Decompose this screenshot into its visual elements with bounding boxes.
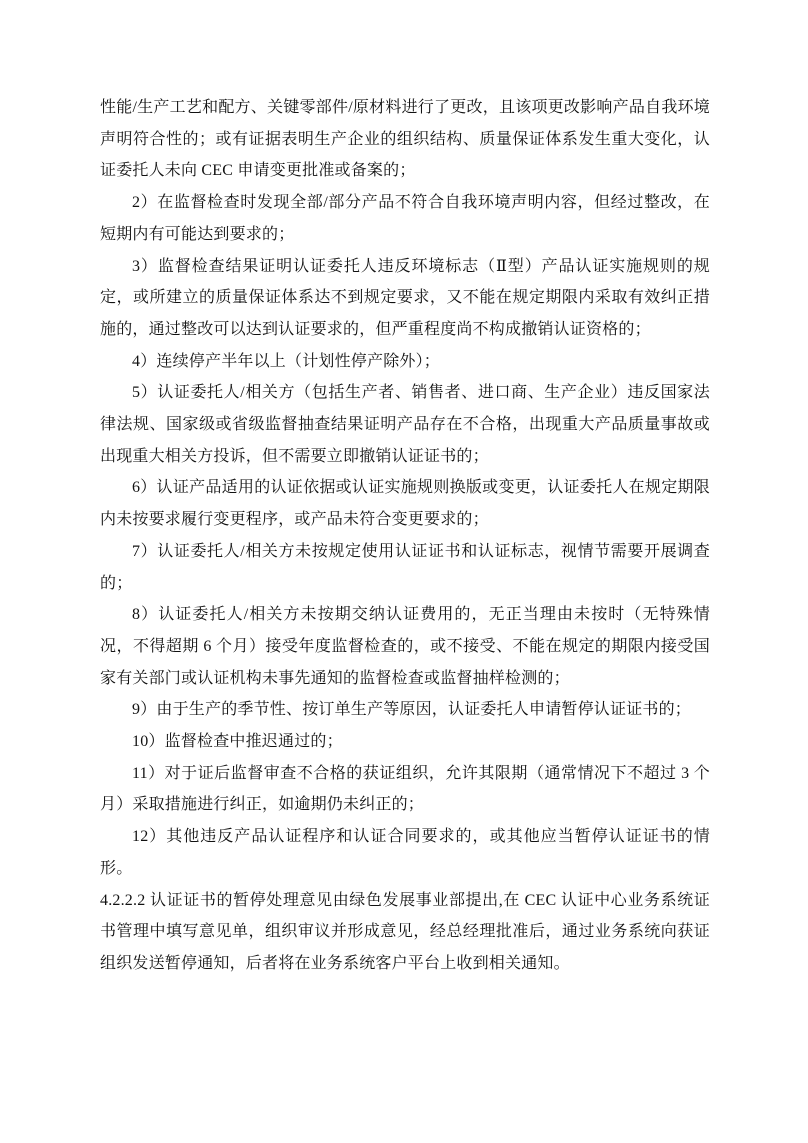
paragraph-item-9: 9）由于生产的季节性、按订单生产等原因，认证委托人申请暂停认证证书的； bbox=[100, 694, 710, 726]
document-page: 性能/生产工艺和配方、关键零部件/原材料进行了更改，且该项更改影响产品自我环境声… bbox=[0, 0, 808, 1143]
paragraph-item-10: 10）监督检查中推迟通过的； bbox=[100, 726, 710, 758]
paragraph-item-6: 6）认证产品适用的认证依据或认证实施规则换版或变更，认证委托人在规定期限内未按要… bbox=[100, 472, 710, 535]
paragraph-item-2: 2）在监督检查时发现全部/部分产品不符合自我环境声明内容，但经过整改，在短期内有… bbox=[100, 187, 710, 250]
paragraph-item-7: 7）认证委托人/相关方未按规定使用认证证书和认证标志，视情节需要开展调查的； bbox=[100, 536, 710, 599]
paragraph-section-4222: 4.2.2.2 认证证书的暂停处理意见由绿色发展事业部提出,在 CEC 认证中心… bbox=[100, 885, 710, 980]
paragraph-item-11: 11）对于证后监督审查不合格的获证组织，允许其限期（通常情况下不超过 3 个月）… bbox=[100, 758, 710, 821]
document-body: 性能/生产工艺和配方、关键零部件/原材料进行了更改，且该项更改影响产品自我环境声… bbox=[0, 0, 808, 980]
paragraph-item-4: 4）连续停产半年以上（计划性停产除外）； bbox=[100, 346, 710, 378]
paragraph-continuation: 性能/生产工艺和配方、关键零部件/原材料进行了更改，且该项更改影响产品自我环境声… bbox=[100, 92, 710, 187]
paragraph-item-5: 5）认证委托人/相关方（包括生产者、销售者、进口商、生产企业）违反国家法律法规、… bbox=[100, 377, 710, 472]
paragraph-item-12: 12）其他违反产品认证程序和认证合同要求的，或其他应当暂停认证证书的情形。 bbox=[100, 821, 710, 884]
paragraph-item-3: 3）监督检查结果证明认证委托人违反环境标志（Ⅱ型）产品认证实施规则的规定，或所建… bbox=[100, 251, 710, 346]
paragraph-item-8: 8）认证委托人/相关方未按期交纳认证费用的，无正当理由未按时（无特殊情况，不得超… bbox=[100, 599, 710, 694]
